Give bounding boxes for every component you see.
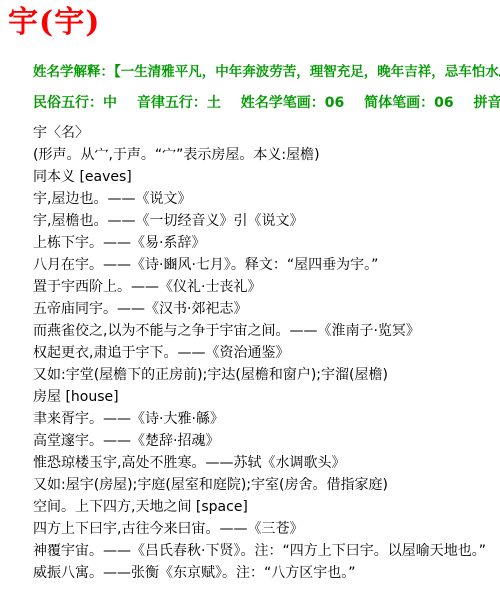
definition-line: 权起更衣,肃追于宇下。——《资治通鉴》 xyxy=(33,342,500,364)
attribute-simplified-strokes: 简体笔画：06 xyxy=(364,94,453,112)
definition-line: 房屋 [house] xyxy=(33,386,500,408)
attribute-minsu-wuxing: 民俗五行：中 xyxy=(33,94,117,112)
definition-line: 而燕雀佼之,以为不能与之争于宇宙之间。——《淮南子·览冥》 xyxy=(33,320,500,342)
definition-line: 惟恐琼楼玉宇,高处不胜寒。——苏轼《水调歌头》 xyxy=(33,452,500,474)
definition-line: 宇,屋檐也。——《一切经音义》引《说文》 xyxy=(33,210,500,232)
definition-line: 威振八寓。——张衡《东京赋》。注：“八方区宇也。” xyxy=(33,562,500,584)
attribute-label: 音律五行： xyxy=(137,95,207,111)
dictionary-entry-page: 宇(宇) 姓名学解释：【一生清雅平凡，中年奔波劳苦，理智充足，晚年吉祥，忌车怕水… xyxy=(0,0,500,584)
definition-line: 四方上下曰宇,古往今来曰宙。——《三苍》 xyxy=(33,518,500,540)
attribute-yinlv-wuxing: 音律五行：土 xyxy=(137,94,221,112)
definition-line: 同本义 [eaves] xyxy=(33,166,500,188)
attribute-label: 简体笔画： xyxy=(364,95,434,111)
definition-line: 又如:屋宇(房屋);宇庭(屋室和庭院);宇室(房舍。借指家庭) xyxy=(33,474,500,496)
attribute-label: 民俗五行： xyxy=(33,95,103,111)
attribute-label: 拼音： xyxy=(473,95,500,111)
definition-line: 宇,屋边也。——《说文》 xyxy=(33,188,500,210)
definition-line: 置于宇西阶上。——《仪礼·士丧礼》 xyxy=(33,276,500,298)
definition-line: 五帝庙同宇。——《汉书·郊祀志》 xyxy=(33,298,500,320)
interpretation-label: 姓名学解释： xyxy=(33,64,114,80)
definition-line: 宇〈名〉 xyxy=(33,122,500,144)
page-title: 宇(宇) xyxy=(8,2,500,44)
definition-line: 又如:宇堂(屋檐下的正房前);宇达(屋檐和窗户);宇溜(屋檐) xyxy=(33,364,500,386)
attribute-xingmingxue-strokes: 姓名学笔画：06 xyxy=(241,94,344,112)
interpretation-text: 【一生清雅平凡，中年奔波劳苦，理智充足，晚年吉祥，忌车怕水。】 xyxy=(114,64,500,80)
definition-line: (形声。从宀,于声。“宀”表示房屋。本义:屋檐) xyxy=(33,144,500,166)
definition-line: 空间。上下四方,天地之间 [space] xyxy=(33,496,500,518)
definition-line: 高堂邃宇。——《楚辞·招魂》 xyxy=(33,430,500,452)
definition-line: 上栋下宇。——《易·系辞》 xyxy=(33,232,500,254)
name-interpretation-line: 姓名学解释：【一生清雅平凡，中年奔波劳苦，理智充足，晚年吉祥，忌车怕水。】 xyxy=(33,64,494,80)
attribute-value: 06 xyxy=(325,95,344,111)
attribute-label: 姓名学笔画： xyxy=(241,95,325,111)
definition-line: 神覆宇宙。——《吕氏春秋·下贤》。注：“四方上下曰宇。以屋喻天地也。” xyxy=(33,540,500,562)
attribute-value: 中 xyxy=(103,95,117,111)
attribute-value: 06 xyxy=(434,95,453,111)
name-attributes-line: 民俗五行：中 音律五行：土 姓名学笔画：06 简体笔画：06 拼音：yǔ xyxy=(33,94,500,112)
attribute-value: 土 xyxy=(207,95,221,111)
attribute-pinyin: 拼音：yǔ xyxy=(473,94,500,112)
definition-line: 八月在宇。——《诗·豳风·七月》。释文：“屋四垂为宇。” xyxy=(33,254,500,276)
definition-line: 聿来胥宇。——《诗·大雅·緜》 xyxy=(33,408,500,430)
definitions-list: 宇〈名〉 (形声。从宀,于声。“宀”表示房屋。本义:屋檐) 同本义 [eaves… xyxy=(33,122,500,584)
